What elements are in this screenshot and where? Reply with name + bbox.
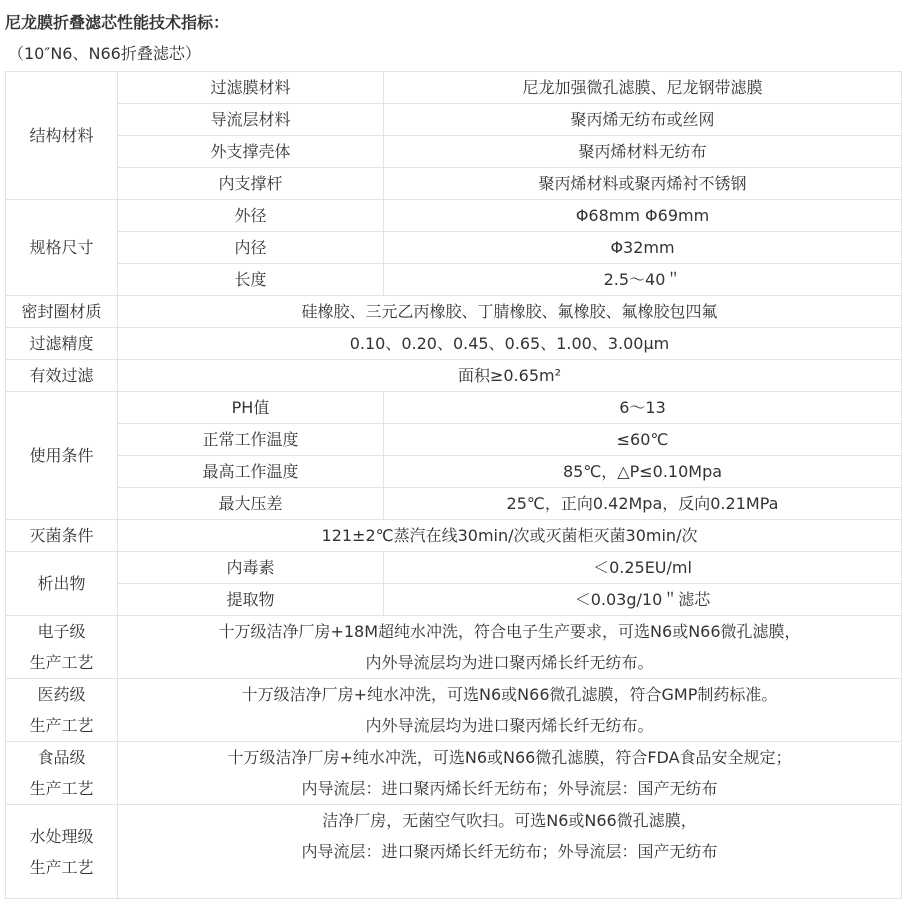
param-value: 聚丙烯无纺布或丝网 [384,104,902,136]
label-line: 医药级 [6,679,117,710]
group-label-electronic: 电子级 生产工艺 [6,616,118,679]
param-value: 85℃，△P≤0.10Mpa [384,456,902,488]
param-name: 长度 [118,264,384,296]
table-row: 规格尺寸 外径 Φ68mm Φ69mm [6,200,902,232]
param-name: 外径 [118,200,384,232]
param-value: Φ68mm Φ69mm [384,200,902,232]
process-description: 十万级洁净厂房+纯水冲洗，可选N6或N66微孔滤膜，符合GMP制药标准。 内外导… [118,679,902,742]
group-label-conditions: 使用条件 [6,392,118,520]
table-row: 正常工作温度 ≤60℃ [6,424,902,456]
table-row: 有效过滤 面积≥0.65m² [6,360,902,392]
process-description: 十万级洁净厂房+18M超纯水冲洗，符合电子生产要求，可选N6或N66微孔滤膜， … [118,616,902,679]
table-row: 密封圈材质 硅橡胶、三元乙丙橡胶、丁腈橡胶、氟橡胶、氟橡胶包四氟 [6,296,902,328]
param-value: 尼龙加强微孔滤膜、尼龙钢带滤膜 [384,72,902,104]
param-value: 聚丙烯材料或聚丙烯衬不锈钢 [384,168,902,200]
label-line: 水处理级 [6,821,117,852]
description-line: 十万级洁净厂房+纯水冲洗，可选N6或N66微孔滤膜，符合GMP制药标准。 [118,679,901,710]
group-label-water: 水处理级 生产工艺 [6,805,118,899]
group-label-seal: 密封圈材质 [6,296,118,328]
table-row: 提取物 ＜0.03g/10＂滤芯 [6,584,902,616]
table-row: 结构材料 过滤膜材料 尼龙加强微孔滤膜、尼龙钢带滤膜 [6,72,902,104]
param-value: 2.5～40＂ [384,264,902,296]
param-name: 最大压差 [118,488,384,520]
label-line: 生产工艺 [6,773,117,804]
description-line: 内外导流层均为进口聚丙烯长纤无纺布。 [118,710,901,741]
description-line: 十万级洁净厂房+纯水冲洗，可选N6或N66微孔滤膜，符合FDA食品安全规定； [118,742,901,773]
group-label-effective: 有效过滤 [6,360,118,392]
param-value: 121±2℃蒸汽在线30min/次或灭菌柜灭菌30min/次 [118,520,902,552]
table-row: 内支撑杆 聚丙烯材料或聚丙烯衬不锈钢 [6,168,902,200]
page-title: 尼龙膜折叠滤芯性能技术指标： [5,12,229,34]
table-row: 长度 2.5～40＂ [6,264,902,296]
table-row: 最高工作温度 85℃，△P≤0.10Mpa [6,456,902,488]
process-description: 十万级洁净厂房+纯水冲洗，可选N6或N66微孔滤膜，符合FDA食品安全规定； 内… [118,742,902,805]
table-row: 导流层材料 聚丙烯无纺布或丝网 [6,104,902,136]
group-label-food: 食品级 生产工艺 [6,742,118,805]
group-label-extractables: 析出物 [6,552,118,616]
param-name: 提取物 [118,584,384,616]
group-label-pharma: 医药级 生产工艺 [6,679,118,742]
label-line: 电子级 [6,616,117,647]
table-row: 过滤精度 0.10、0.20、0.45、0.65、1.00、3.00μm [6,328,902,360]
param-value: ＜0.25EU/ml [384,552,902,584]
label-line: 食品级 [6,742,117,773]
description-line: 内导流层：进口聚丙烯长纤无纺布；外导流层：国产无纺布 [118,836,901,867]
description-line: 内导流层：进口聚丙烯长纤无纺布；外导流层：国产无纺布 [118,773,901,804]
table-row: 水处理级 生产工艺 洁净厂房，无菌空气吹扫。可选N6或N66微孔滤膜， 内导流层… [6,805,902,899]
group-label-precision: 过滤精度 [6,328,118,360]
table-row: 使用条件 PH值 6～13 [6,392,902,424]
label-line: 生产工艺 [6,852,117,883]
process-description: 洁净厂房，无菌空气吹扫。可选N6或N66微孔滤膜， 内导流层：进口聚丙烯长纤无纺… [118,805,902,899]
param-name: 内支撑杆 [118,168,384,200]
description-line: 十万级洁净厂房+18M超纯水冲洗，符合电子生产要求，可选N6或N66微孔滤膜， [118,616,901,647]
group-label-structure: 结构材料 [6,72,118,200]
description-line: 洁净厂房，无菌空气吹扫。可选N6或N66微孔滤膜， [118,805,901,836]
param-name: PH值 [118,392,384,424]
param-name: 内径 [118,232,384,264]
table-row: 食品级 生产工艺 十万级洁净厂房+纯水冲洗，可选N6或N66微孔滤膜，符合FDA… [6,742,902,805]
group-label-sterilization: 灭菌条件 [6,520,118,552]
table-row: 析出物 内毒素 ＜0.25EU/ml [6,552,902,584]
description-line: 内外导流层均为进口聚丙烯长纤无纺布。 [118,647,901,678]
param-value: 0.10、0.20、0.45、0.65、1.00、3.00μm [118,328,902,360]
param-name: 最高工作温度 [118,456,384,488]
param-name: 外支撑壳体 [118,136,384,168]
param-value: 聚丙烯材料无纺布 [384,136,902,168]
param-value: 面积≥0.65m² [118,360,902,392]
table-row: 电子级 生产工艺 十万级洁净厂房+18M超纯水冲洗，符合电子生产要求，可选N6或… [6,616,902,679]
param-name: 过滤膜材料 [118,72,384,104]
param-value: 硅橡胶、三元乙丙橡胶、丁腈橡胶、氟橡胶、氟橡胶包四氟 [118,296,902,328]
label-line: 生产工艺 [6,710,117,741]
spec-table: 结构材料 过滤膜材料 尼龙加强微孔滤膜、尼龙钢带滤膜 导流层材料 聚丙烯无纺布或… [5,71,902,899]
param-value: 6～13 [384,392,902,424]
label-line: 生产工艺 [6,647,117,678]
param-value: 25℃，正向0.42Mpa，反向0.21MPa [384,488,902,520]
table-row: 内径 Φ32mm [6,232,902,264]
param-value: ＜0.03g/10＂滤芯 [384,584,902,616]
param-name: 内毒素 [118,552,384,584]
table-row: 最大压差 25℃，正向0.42Mpa，反向0.21MPa [6,488,902,520]
param-name: 正常工作温度 [118,424,384,456]
param-name: 导流层材料 [118,104,384,136]
group-label-dimensions: 规格尺寸 [6,200,118,296]
param-value: ≤60℃ [384,424,902,456]
table-row: 外支撑壳体 聚丙烯材料无纺布 [6,136,902,168]
page-subtitle: （10″N6、N66折叠滤芯） [8,43,201,65]
table-row: 医药级 生产工艺 十万级洁净厂房+纯水冲洗，可选N6或N66微孔滤膜，符合GMP… [6,679,902,742]
param-value: Φ32mm [384,232,902,264]
table-row: 灭菌条件 121±2℃蒸汽在线30min/次或灭菌柜灭菌30min/次 [6,520,902,552]
